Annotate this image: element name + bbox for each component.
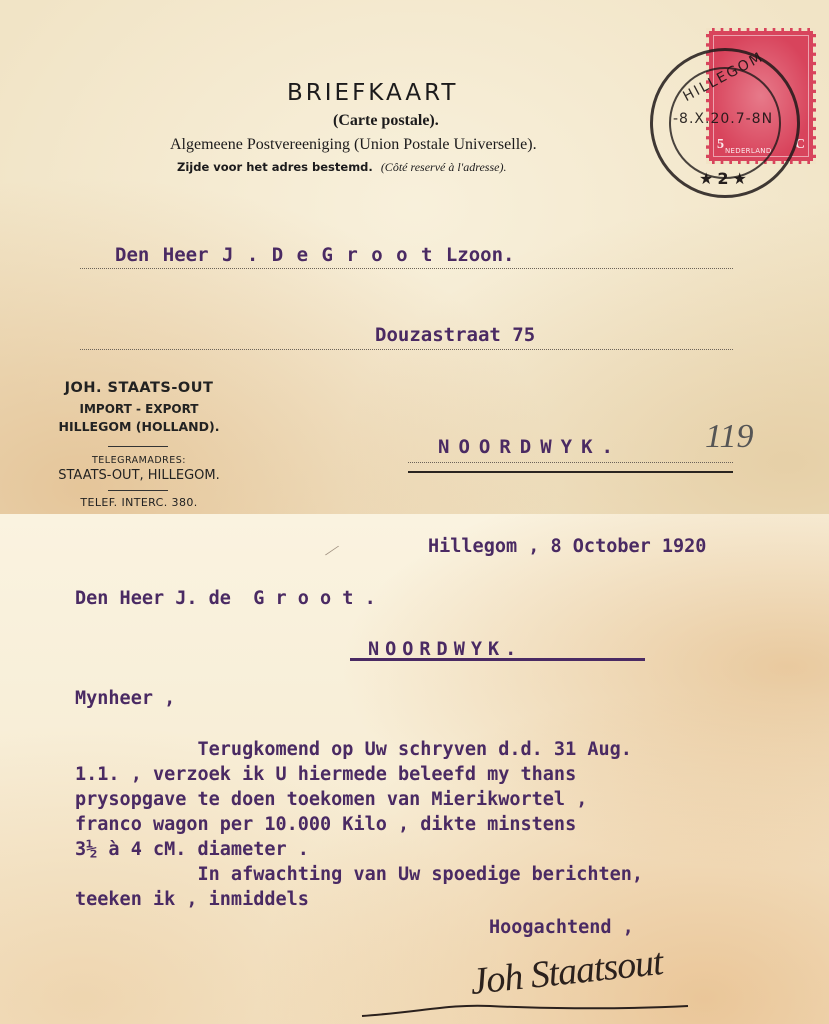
address-line-name: Den Heer J . D e G r o o t Lzoon. <box>115 244 515 266</box>
postal-union-line: Algemeene Postvereeniging (Union Postale… <box>170 136 537 154</box>
telegram-address: STAATS-OUT, HILLEGOM. <box>28 468 250 483</box>
postcard-address-side: BRIEFKAART (Carte postale). Algemeene Po… <box>0 0 829 514</box>
sender-divider-1 <box>108 446 168 447</box>
address-side-fr: (Côté reservé à l'adresse). <box>381 160 507 174</box>
recipient-city-underline <box>350 658 645 661</box>
sender-location: HILLEGOM (HOLLAND). <box>28 419 250 434</box>
address-side-nl: Zijde voor het adres bestemd. <box>177 160 373 174</box>
telegram-label: TELEGRAMADRES: <box>28 455 250 466</box>
sender-name: JOH. STAATS-OUT <box>28 380 250 396</box>
address-dotted-line-3 <box>408 462 733 463</box>
letter-closing: Hoogachtend , <box>489 915 634 940</box>
address-line-city: NOORDWYK. <box>438 436 622 458</box>
address-solid-line <box>408 471 733 473</box>
address-side-note: Zijde voor het adres bestemd. (Côté rese… <box>177 160 506 175</box>
sender-business: IMPORT - EXPORT <box>28 402 250 416</box>
sender-phone: TELEF. INTERC. 380. <box>28 496 250 509</box>
address-line-street: Douzastraat 75 <box>375 324 535 346</box>
signature-flourish-icon <box>360 1000 690 1020</box>
letter-body: Terugkomend op Uw schryven d.d. 31 Aug. … <box>75 737 643 912</box>
handwritten-number: 119 <box>705 418 753 456</box>
address-dotted-line-2 <box>80 349 733 350</box>
address-dotted-line-1 <box>80 268 733 269</box>
letter-place-date: Hillegom , 8 October 1920 <box>428 534 706 559</box>
postcard-title: BRIEFKAART <box>287 80 458 106</box>
postmark-icon: HILLEGOM -8.X.20.7-8N ★2★ <box>650 48 800 198</box>
sender-divider-2 <box>108 490 168 491</box>
letter-recipient: Den Heer J. de G r o o t . <box>75 586 376 611</box>
postmark-number: ★2★ <box>699 169 751 188</box>
postmark-date: -8.X.20.7-8N <box>673 111 773 127</box>
letter-salutation: Mynheer , <box>75 686 175 711</box>
postcard-subtitle: (Carte postale). <box>333 112 439 130</box>
